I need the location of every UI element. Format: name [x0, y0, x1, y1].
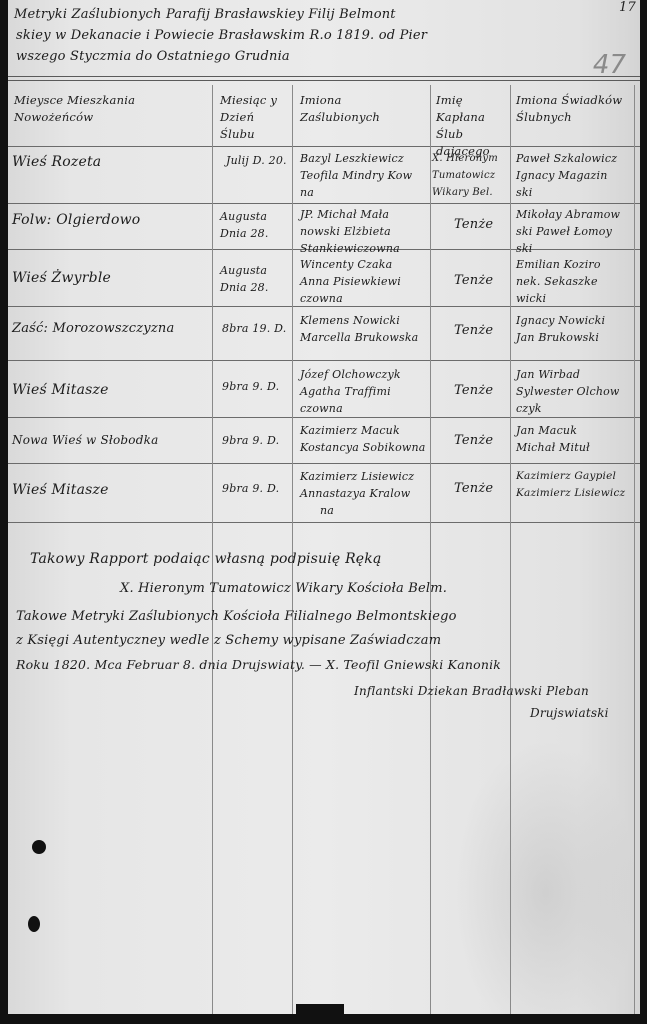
title-line: Metryki Zaślubionych Parafij Brasławskie…: [14, 4, 614, 25]
row-5-place: Wieś Mitasze: [12, 382, 109, 399]
row-3-date: Augusta Dnia 28.: [220, 262, 290, 296]
attestation-line-6: Inflantski Dziekan Bradławski Pleban: [354, 680, 589, 702]
row-4-priest: Tenże: [454, 322, 493, 339]
header-couple: Imiona Zaślubionych: [300, 92, 425, 126]
row-4-witnesses: Ignacy NowickiJan Brukowski: [516, 312, 605, 346]
row-4-place: Zaść: Morozowszczyzna: [12, 320, 174, 337]
attestation-line-7: Drujswiatski: [530, 702, 609, 724]
row-rule: [8, 522, 640, 523]
row-rule: [8, 360, 640, 361]
row-4-couple: Klemens NowickiMarcella Brukowska: [300, 312, 418, 346]
row-rule: [8, 203, 640, 204]
row-7-place: Wieś Mitasze: [12, 482, 109, 499]
row-6-witnesses: Jan MacukMichał Mituł: [516, 422, 590, 456]
row-2-place: Folw: Olgierdowo: [12, 212, 140, 229]
header-date: Miesiąc y Dzień Ślubu: [220, 92, 290, 143]
row-5-priest: Tenże: [454, 382, 493, 399]
ink-blot: [32, 840, 46, 854]
row-6-priest: Tenże: [454, 432, 493, 449]
ink-blot: [28, 916, 40, 932]
row-3-priest: Tenże: [454, 272, 493, 289]
register-page: 17 47 Metryki Zaślubionych Parafij Brasł…: [8, 0, 640, 1014]
folio-number: 17: [619, 0, 636, 15]
title-line: wszego Styczmia do Ostatniego Grudnia: [14, 46, 614, 67]
row-2-date: Augusta Dnia 28.: [220, 208, 290, 242]
row-7-witnesses: Kazimierz GaypielKazimierz Lisiewicz: [516, 468, 625, 502]
row-7-priest: Tenże: [454, 480, 493, 497]
attestation-line-4: z Księgi Autentyczney wedle z Schemy wyp…: [16, 630, 441, 652]
row-rule: [8, 463, 640, 464]
attestation-line-2: X. Hieronym Tumatowicz Wikary Kościoła B…: [120, 578, 447, 600]
row-3-place: Wieś Żwyrble: [12, 270, 111, 287]
attestation-line-5: Roku 1820. Mca Februar 8. dnia Drujswiat…: [16, 654, 501, 676]
row-6-place: Nowa Wieś w Słobodka: [12, 432, 158, 449]
title-line: skiey w Dekanacie i Powiecie Brasławskim…: [14, 25, 614, 46]
row-1-priest: X. HieronymTumatowiczWikary Bel.: [432, 150, 498, 201]
column-rule: [430, 85, 431, 1014]
column-rule: [634, 85, 635, 1014]
attestation-line-1: Takowy Rapport podaiąc własną podpisuię …: [30, 548, 382, 570]
page-edge-tab: [296, 1004, 344, 1024]
header-residence: Mieysce Mieszkania Nowożeńców: [14, 92, 204, 126]
row-3-witnesses: Emilian Kozironek. Sekaszkewicki: [516, 256, 601, 307]
row-2-priest: Tenże: [454, 216, 493, 233]
row-5-couple: Józef OlchowczykAgatha Traffimiczowna: [300, 366, 401, 417]
row-7-date: 9bra 9. D.: [222, 480, 279, 497]
attestation-line-3: Takowe Metryki Zaślubionych Kościoła Fil…: [16, 606, 457, 628]
row-6-date: 9bra 9. D.: [222, 432, 279, 449]
row-1-couple: Bazyl LeszkiewiczTeofila Mindry Kowna: [300, 150, 412, 201]
column-rule: [510, 85, 511, 1014]
row-rule: [8, 417, 640, 418]
row-1-date: Julij D. 20.: [226, 152, 287, 169]
row-1-witnesses: Paweł SzkalowiczIgnacy Magazinski: [516, 150, 617, 201]
row-5-date: 9bra 9. D.: [222, 378, 279, 395]
row-5-witnesses: Jan WirbadSylwester Olchowczyk: [516, 366, 620, 417]
row-1-place: Wieś Rozeta: [12, 154, 101, 171]
row-7-couple: Kazimierz LisiewiczAnnastazya Kralowna: [300, 468, 414, 519]
row-2-couple: JP. Michał Małanowski ElżbietaStankiewic…: [300, 206, 400, 257]
title-rule: [8, 76, 640, 81]
row-4-date: 8bra 19. D.: [222, 320, 286, 337]
header-witnesses: Imiona Świadków Ślubnych: [516, 92, 632, 126]
row-3-couple: Wincenty CzakaAnna Pisiewkiewiczowna: [300, 256, 401, 307]
register-title: Metryki Zaślubionych Parafij Brasławskie…: [14, 4, 614, 67]
row-6-couple: Kazimierz MacukKostancya Sobikowna: [300, 422, 426, 456]
row-2-witnesses: Mikołay Abramowski Paweł Łomoyski: [516, 206, 620, 257]
header-rule: [8, 146, 640, 147]
